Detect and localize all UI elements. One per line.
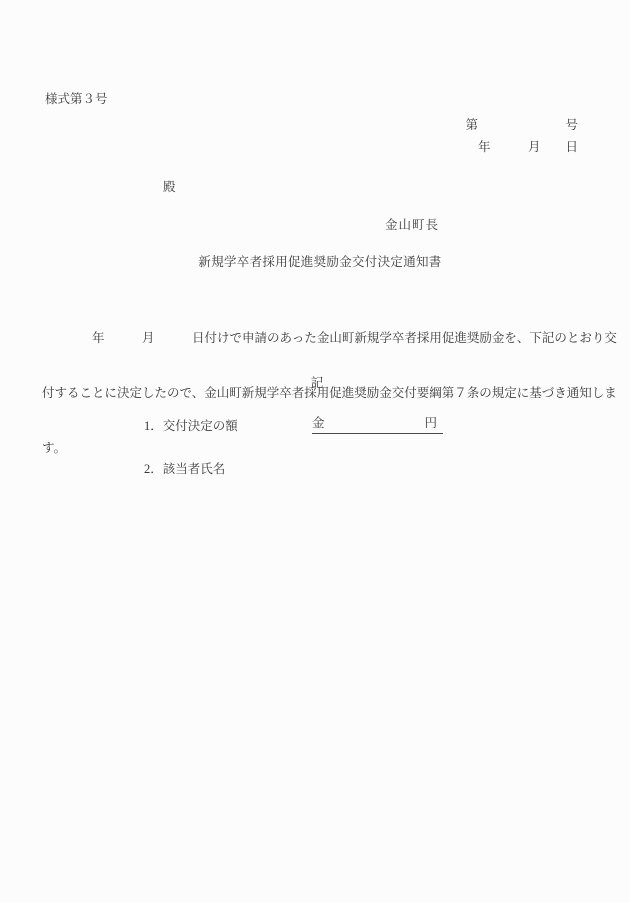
addressee-suffix: 殿: [163, 179, 176, 195]
item-2-label: 2．該当者氏名: [144, 461, 225, 477]
sender-name: 金山町長: [385, 217, 439, 233]
body-paragraph: 年 月 日付けで申請のあった金山町新規学卒者採用促進奨励金を、下記のとおり交 付…: [42, 294, 590, 492]
issue-date-line: 年 月 日: [478, 139, 578, 155]
document-title: 新規学卒者採用促進奨励金交付決定通知書: [0, 254, 630, 270]
item-1-amount-blank: 金 円: [312, 415, 443, 434]
reference-number-line: 第 号: [465, 117, 578, 133]
body-line-1: 年 月 日付けで申請のあった金山町新規学卒者採用促進奨励金を、下記のとおり交: [42, 327, 590, 350]
item-1-label: 1．交付決定の額: [144, 418, 238, 434]
form-number: 様式第３号: [45, 91, 108, 107]
record-marker: 記: [0, 375, 630, 391]
document-page: 様式第３号 第 号 年 月 日 殿 金山町長 新規学卒者採用促進奨励金交付決定通…: [0, 0, 630, 903]
body-line-3: す。: [42, 437, 590, 460]
